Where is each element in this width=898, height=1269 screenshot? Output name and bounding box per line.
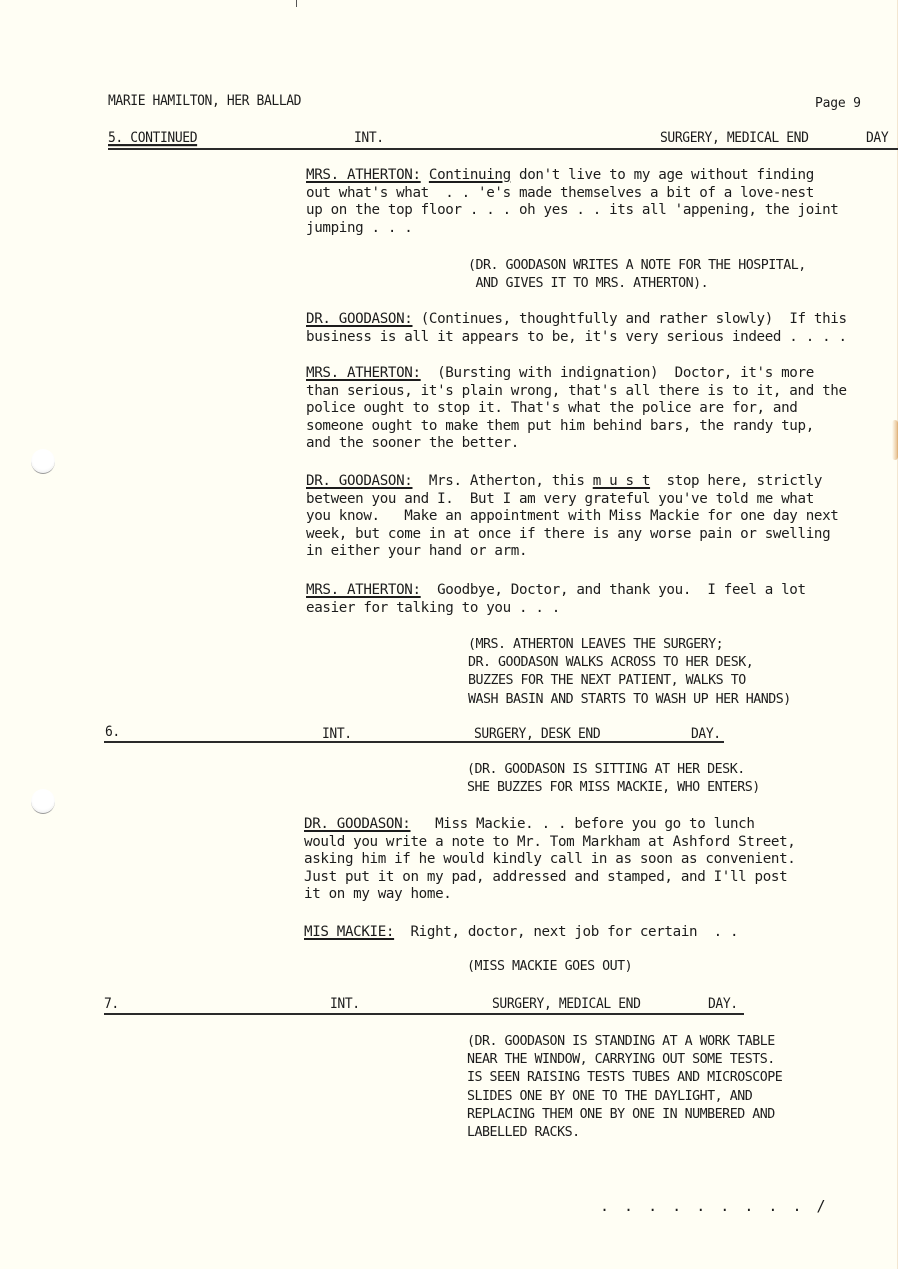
dialogue-line: up on the top floor . . . oh yes . . its… — [306, 202, 838, 218]
dialogue-line: (Bursting with indignation) Doctor, it's… — [421, 365, 814, 381]
speaker-name: DR. GOODASON: — [304, 816, 411, 832]
dialogue-line: it on my way home. — [304, 886, 451, 902]
dialogue-line: don't live to my age without finding — [511, 167, 814, 183]
dialogue-line: Right, doctor, next job for certain . . — [394, 924, 738, 940]
action-line: IS SEEN RAISING TESTS TUBES AND MICROSCO… — [467, 1070, 782, 1085]
dialogue-line: and the sooner the better. — [306, 435, 519, 451]
scene-location: SURGERY, MEDICAL END — [660, 130, 809, 146]
scene-number: 7. — [104, 996, 119, 1012]
action-block: (DR. GOODASON IS STANDING AT A WORK TABL… — [467, 1033, 782, 1142]
script-title: MARIE HAMILTON, HER BALLAD — [108, 93, 301, 109]
dialogue-line: jumping . . . — [306, 220, 413, 236]
dialogue-line: police ought to stop it. That's what the… — [306, 400, 798, 416]
action-line: SLIDES ONE BY ONE TO THE DAYLIGHT, AND — [467, 1089, 752, 1104]
dialogue-line: than serious, it's plain wrong, that's a… — [306, 383, 847, 399]
scene-rule — [104, 1013, 744, 1015]
paper-stain — [892, 420, 898, 460]
dialogue-line: Goodbye, Doctor, and thank you. I feel a… — [421, 582, 806, 598]
scene-int-ext: INT. — [330, 996, 360, 1012]
action-line: DR. GOODASON WALKS ACROSS TO HER DESK, — [468, 655, 753, 670]
dialogue-line: out what's what . . 'e's made themselves… — [306, 185, 814, 201]
scene-time: DAY. — [691, 726, 721, 742]
scene-rule — [108, 148, 898, 150]
speaker-name: MRS. ATHERTON: — [306, 167, 421, 183]
dialogue-line: Just put it on my pad, addressed and sta… — [304, 869, 787, 885]
speaker-name: MIS MACKIE: — [304, 924, 394, 940]
punch-hole-lower — [31, 789, 55, 814]
dialogue-line: (Continues, thoughtfully and rather slow… — [413, 311, 847, 327]
dialogue-line: in either your hand or arm. — [306, 543, 527, 559]
scene-number: 6. — [105, 724, 120, 740]
dialogue-block: DR. GOODASON: Miss Mackie. . . before yo… — [304, 816, 796, 904]
direction-emphasis: Continuing — [429, 167, 511, 183]
speaker-name: DR. GOODASON: — [306, 311, 413, 327]
action-line: BUZZES FOR THE NEXT PATIENT, WALKS TO — [468, 673, 746, 688]
scene-rule — [104, 741, 724, 743]
dialogue-line: week, but come in at once if there is an… — [306, 526, 830, 542]
scene-location: SURGERY, DESK END — [474, 726, 600, 742]
dialogue-line: stop here, strictly — [650, 473, 822, 489]
scene-location: SURGERY, MEDICAL END — [492, 996, 641, 1012]
action-line: REPLACING THEM ONE BY ONE IN NUMBERED AN… — [467, 1107, 775, 1122]
page-number: Page 9 — [815, 96, 861, 111]
speaker-name: DR. GOODASON: — [306, 473, 413, 489]
scene-time: DAY — [866, 130, 888, 146]
dialogue-block: MRS. ATHERTON: (Bursting with indignatio… — [306, 365, 847, 453]
emphasis-word: m u s t — [593, 473, 650, 489]
speaker-name: MRS. ATHERTON: — [306, 582, 421, 598]
action-line: WASH BASIN AND STARTS TO WASH UP HER HAN… — [468, 692, 791, 707]
scene-time: DAY. — [708, 996, 738, 1012]
dialogue-line: someone ought to make them put him behin… — [306, 418, 814, 434]
dialogue-block: MIS MACKIE: Right, doctor, next job for … — [304, 924, 738, 942]
scene-number: 5. CONTINUED — [108, 130, 197, 146]
action-line: (DR. GOODASON IS STANDING AT A WORK TABL… — [467, 1034, 775, 1049]
dialogue-line: Mrs. Atherton, this — [413, 473, 593, 489]
speaker-name: MRS. ATHERTON: — [306, 365, 421, 381]
action-block: (MRS. ATHERTON LEAVES THE SURGERY; DR. G… — [468, 636, 791, 709]
action-line: AND GIVES IT TO MRS. ATHERTON). — [468, 276, 708, 291]
scene-int-ext: INT. — [322, 726, 352, 742]
dialogue-block: DR. GOODASON: (Continues, thoughtfully a… — [306, 311, 847, 346]
action-line: (MISS MACKIE GOES OUT) — [467, 959, 632, 974]
continuation-mark: . . . . . . . . . / — [600, 1197, 829, 1215]
dialogue-line: easier for talking to you . . . — [306, 600, 560, 616]
action-line: (DR. GOODASON WRITES A NOTE FOR THE HOSP… — [468, 258, 806, 273]
action-block: (DR. GOODASON IS SITTING AT HER DESK. SH… — [467, 761, 760, 797]
action-block: (DR. GOODASON WRITES A NOTE FOR THE HOSP… — [468, 257, 806, 293]
dialogue-line: asking him if he would kindly call in as… — [304, 851, 796, 867]
action-line: LABELLED RACKS. — [467, 1125, 580, 1140]
dialogue-line: would you write a note to Mr. Tom Markha… — [304, 834, 796, 850]
scene-int-ext: INT. — [354, 130, 384, 146]
action-line: (DR. GOODASON IS SITTING AT HER DESK. — [467, 762, 745, 777]
top-edge-mark — [296, 0, 297, 7]
action-block: (MISS MACKIE GOES OUT) — [467, 958, 632, 976]
action-line: NEAR THE WINDOW, CARRYING OUT SOME TESTS… — [467, 1052, 775, 1067]
action-line: SHE BUZZES FOR MISS MACKIE, WHO ENTERS) — [467, 780, 760, 795]
dialogue-block: MRS. ATHERTON: Goodbye, Doctor, and than… — [306, 582, 806, 617]
dialogue-line: Miss Mackie. . . before you go to lunch — [411, 816, 755, 832]
dialogue-block: MRS. ATHERTON: Continuing don't live to … — [306, 167, 838, 237]
dialogue-line: you know. Make an appointment with Miss … — [306, 508, 838, 524]
punch-hole-upper — [31, 449, 55, 474]
dialogue-block: DR. GOODASON: Mrs. Atherton, this m u s … — [306, 473, 838, 561]
dialogue-line: business is all it appears to be, it's v… — [306, 329, 847, 345]
script-page: MARIE HAMILTON, HER BALLAD Page 9 5. CON… — [0, 0, 898, 1269]
dialogue-line: between you and I. But I am very gratefu… — [306, 491, 814, 507]
action-line: (MRS. ATHERTON LEAVES THE SURGERY; — [468, 637, 723, 652]
